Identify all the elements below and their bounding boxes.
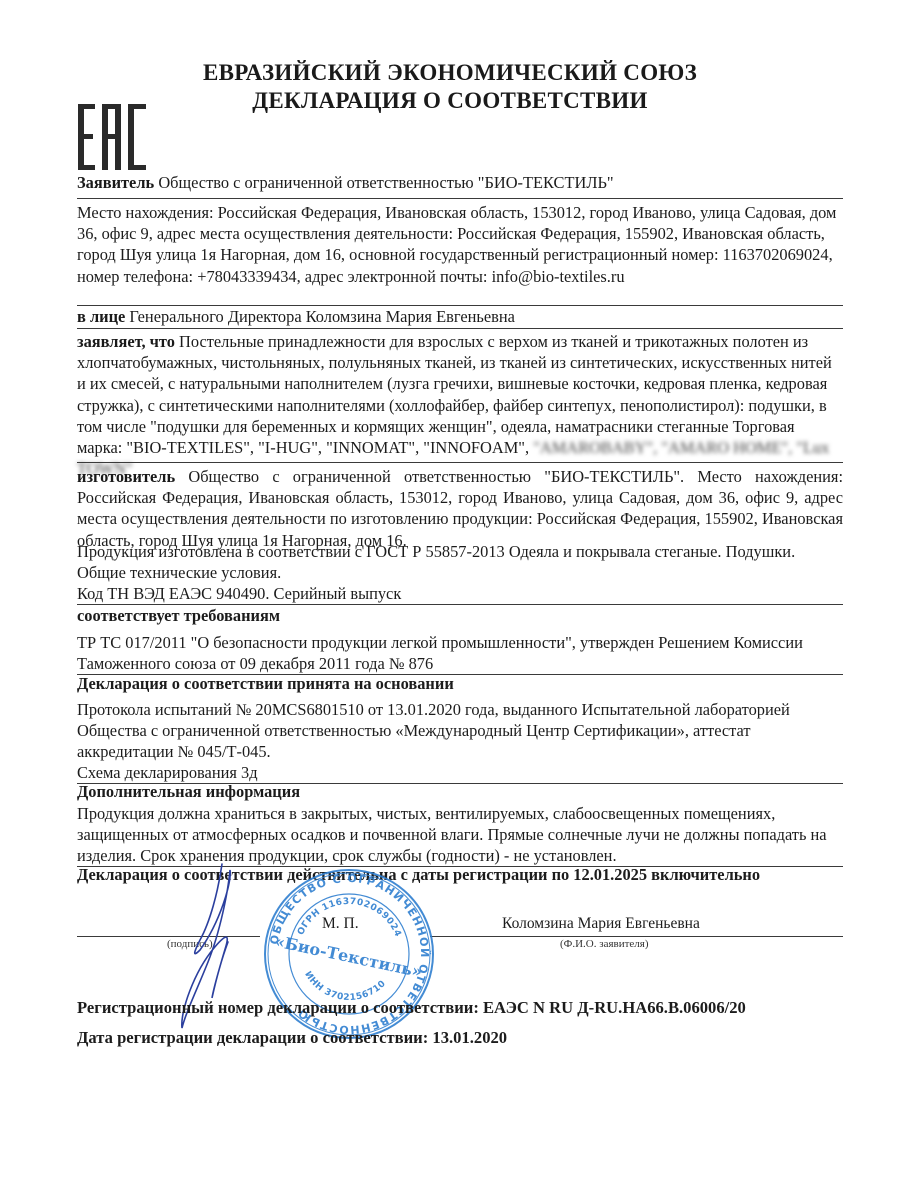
additional-info-value: Продукция должна храниться в закрытых, ч… [77, 803, 843, 867]
applicant-label: Заявитель [77, 173, 154, 192]
applicant-value: Общество с ограниченной ответственностью… [158, 173, 613, 192]
declares-block: заявляет, что Постельные принадлежности … [77, 331, 843, 479]
complies-value: ТР ТС 017/2011 "О безопасности продукции… [77, 632, 843, 674]
divider [77, 462, 843, 463]
manufacturer-value: Общество с ограниченной ответственностью… [77, 467, 843, 550]
represented-by-label: в лице [77, 307, 125, 326]
svg-text:ОГРН 1163702069024: ОГРН 1163702069024 [296, 897, 403, 939]
basis-label: Декларация о соответствии принята на осн… [77, 674, 454, 694]
represented-by-line: в лице Генерального Директора Коломзина … [77, 306, 843, 327]
manufacturer-standard: Продукция изготовлена в соответствии с Г… [77, 541, 843, 583]
divider [77, 328, 843, 329]
name-line [430, 936, 843, 937]
declaration-scheme: Схема декларирования 3д [77, 762, 843, 783]
additional-info-label: Дополнительная информация [77, 782, 300, 802]
svg-text:«Био-Текстиль»: «Био-Текстиль» [273, 932, 424, 982]
declaration-document: ЕВРАЗИЙСКИЙ ЭКОНОМИЧЕСКИЙ СОЮЗ ДЕКЛАРАЦИ… [0, 0, 900, 1200]
applicant-line: Заявитель Общество с ограниченной ответс… [77, 172, 843, 193]
header-union-title: ЕВРАЗИЙСКИЙ ЭКОНОМИЧЕСКИЙ СОЮЗ [0, 60, 900, 86]
manufacturer-label: изготовитель [77, 467, 175, 486]
complies-label: соответствует требованиям [77, 606, 280, 626]
name-caption: (Ф.И.О. заявителя) [560, 938, 649, 950]
registration-number: Регистрационный номер декларации о соотв… [77, 998, 746, 1018]
divider [77, 604, 843, 605]
manufacturer-block: изготовитель Общество с ограниченной отв… [77, 466, 843, 551]
eac-logo-icon [78, 104, 148, 170]
applicant-name: Коломзина Мария Евгеньевна [502, 913, 700, 934]
represented-by-value: Генерального Директора Коломзина Мария Е… [129, 307, 514, 326]
applicant-location: Место нахождения: Российская Федерация, … [77, 202, 843, 287]
registration-date: Дата регистрации декларации о соответств… [77, 1028, 507, 1048]
declares-label: заявляет, что [77, 332, 175, 351]
divider [77, 198, 843, 199]
basis-value: Протокола испытаний № 20MCS6801510 от 13… [77, 699, 843, 763]
manufacturer-code: Код ТН ВЭД ЕАЭС 940490. Серийный выпуск [77, 583, 843, 604]
